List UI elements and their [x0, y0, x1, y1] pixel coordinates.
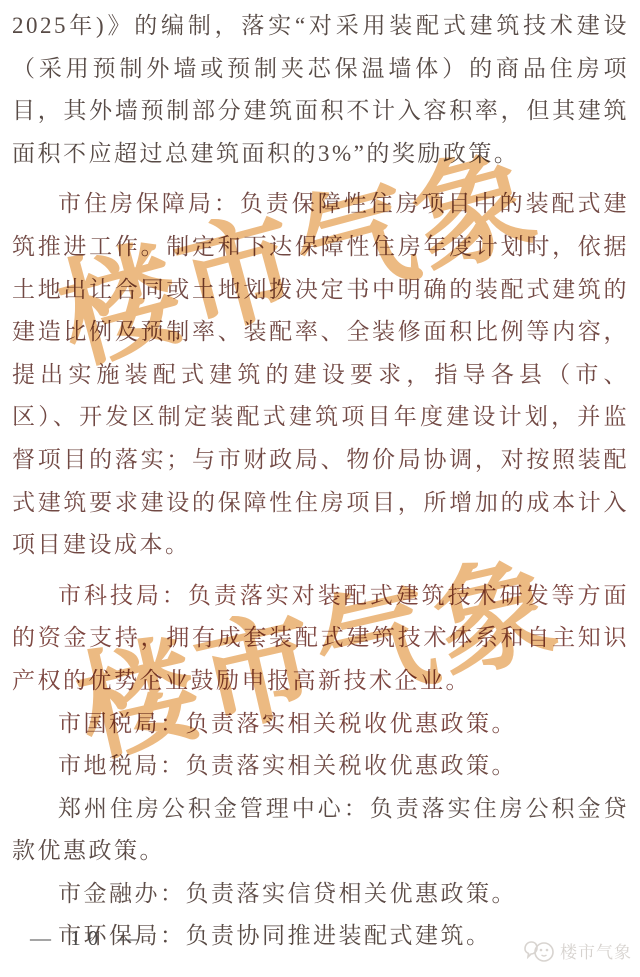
paragraph: 2025年)》的编制，落实“对采用装配式建筑技术建设（采用预制外墙或预制夹芯保温… [12, 5, 629, 175]
paragraph: 市住房保障局：负责保障性住房项目中的装配式建筑推进工作。制定和下达保障性住房年度… [12, 183, 629, 566]
brand-logo-icon [522, 939, 556, 963]
paragraph: 郑州住房公积金管理中心：负责落实住房公积金贷款优惠政策。 [12, 788, 629, 873]
page-number: — 10 — [30, 926, 146, 951]
brand-watermark: 楼市气象 [522, 938, 632, 963]
paragraph: 市科技局：负责落实对装配式建筑技术研发等方面的资金支持，拥有成套装配式建筑技术体… [12, 575, 629, 703]
paragraph: 市地税局：负责落实相关税收优惠政策。 [12, 745, 629, 788]
document-page: 楼市气象 楼市气象 2025年)》的编制，落实“对采用装配式建筑技术建设（采用预… [0, 0, 640, 977]
paragraph: 市国税局：负责落实相关税收优惠政策。 [12, 703, 629, 746]
brand-name: 楼市气象 [560, 938, 632, 963]
paragraph: 市金融办：负责落实信贷相关优惠政策。 [12, 873, 629, 916]
document-body: 2025年)》的编制，落实“对采用装配式建筑技术建设（采用预制外墙或预制夹芯保温… [0, 0, 640, 958]
